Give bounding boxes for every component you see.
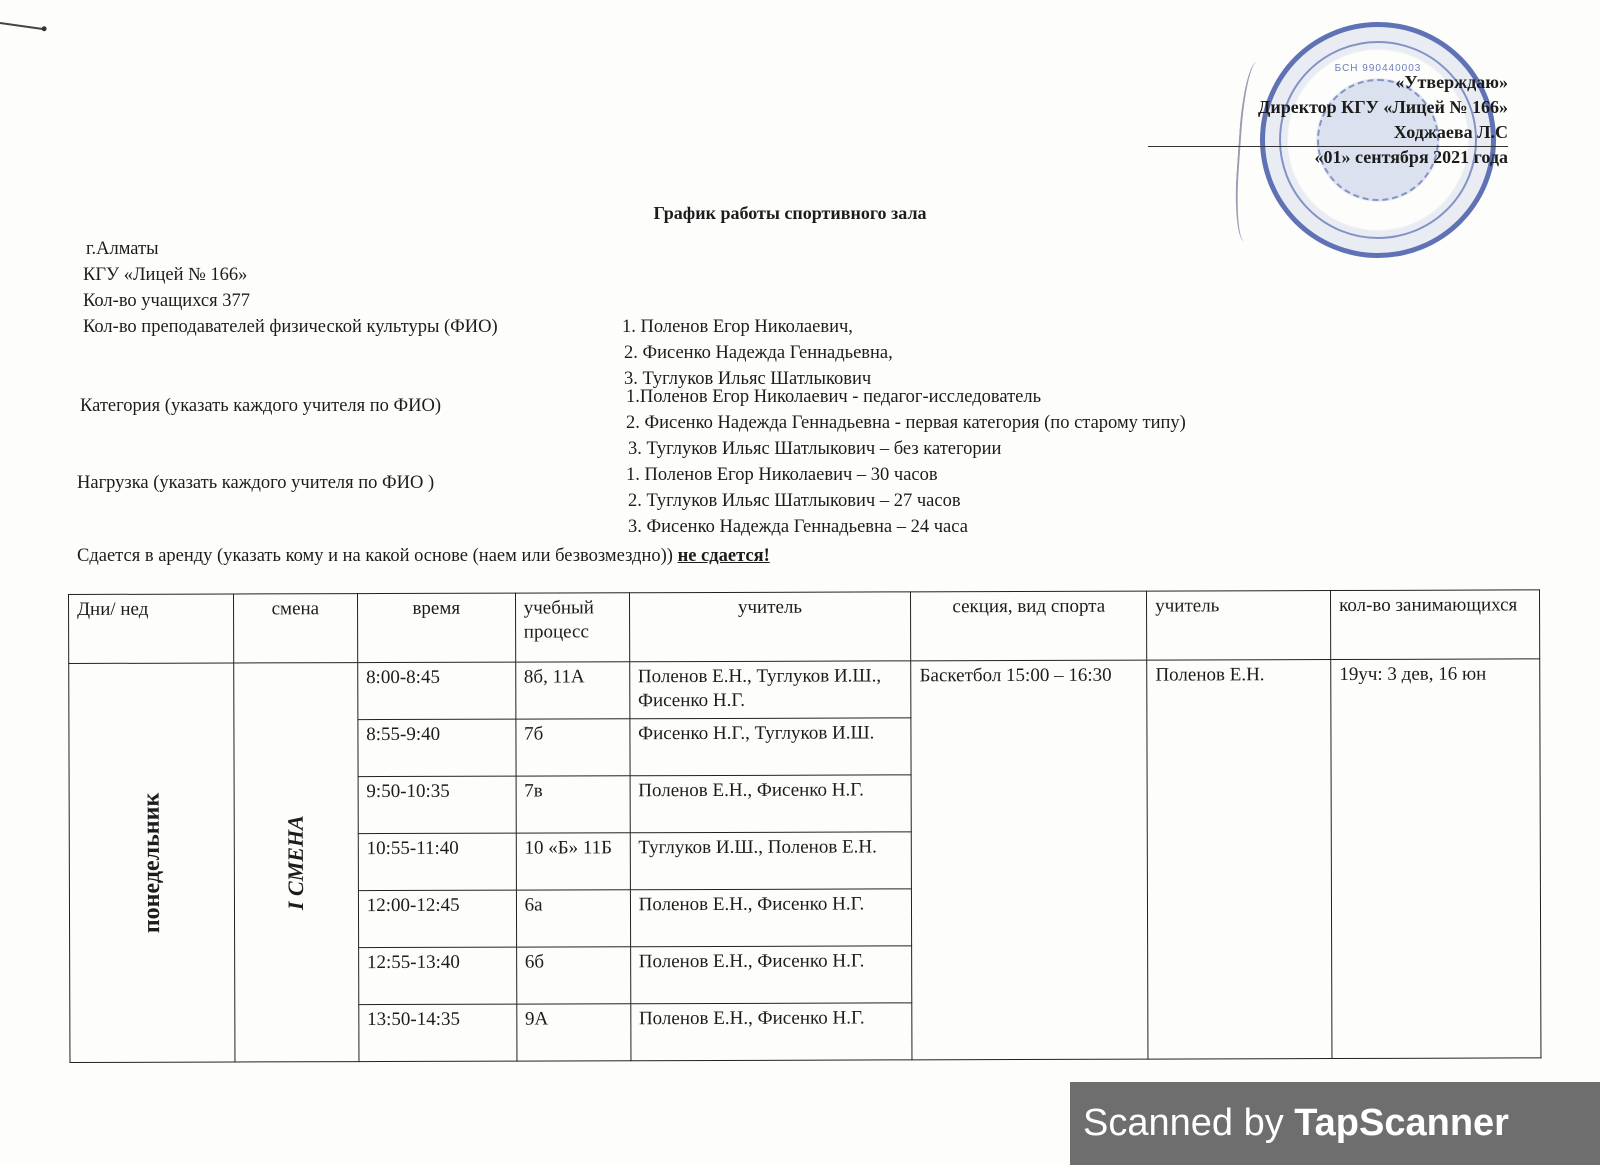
approval-line-3: Ходжаева Л.С	[1258, 120, 1508, 145]
time-cell: 8:55-9:40	[358, 719, 516, 776]
class-cell: 6б	[516, 947, 630, 1004]
section-cell: Баскетбол 15:00 – 16:30	[911, 660, 1148, 1060]
class-cell: 9А	[516, 1004, 630, 1061]
class-cell: 8б, 11А	[515, 662, 629, 719]
day-cell: понедельник	[69, 663, 235, 1063]
teacher-cell: Фисенко Н.Г., Туглуков И.Ш.	[630, 718, 912, 776]
category-label: Категория (указать каждого учителя по ФИ…	[80, 393, 441, 419]
load-item: 2. Туглуков Ильяс Шатлыкович – 27 часов	[628, 488, 961, 514]
section-teacher-cell: Поленов Е.Н.	[1147, 660, 1332, 1060]
teacher-cell: Поленов Е.Н., Фисенко Н.Г.	[630, 889, 912, 947]
approval-line-1: «Утверждаю»	[1258, 70, 1508, 95]
class-cell: 7б	[516, 719, 630, 776]
teachers-label: Кол-во преподавателей физической культур…	[83, 314, 498, 340]
organization: КГУ «Лицей № 166»	[83, 262, 247, 288]
day-label: понедельник	[140, 792, 164, 933]
table-header-row: Дни/ нед смена время учебный процесс учи…	[69, 590, 1540, 664]
category-item: 3. Туглуков Ильяс Шатлыкович – без катег…	[628, 436, 1001, 462]
header-days: Дни/ нед	[69, 594, 234, 664]
students-count: Кол-во учащихся 377	[83, 288, 250, 314]
teacher-cell: Поленов Е.Н., Фисенко Н.Г.	[630, 1003, 912, 1061]
schedule-table: Дни/ нед смена время учебный процесс учи…	[68, 589, 1541, 1063]
watermark-prefix: Scanned by	[1083, 1102, 1294, 1144]
approval-line-2: Директор КГУ «Лицей № 166»	[1258, 95, 1508, 120]
time-cell: 8:00-8:45	[357, 662, 515, 719]
rent-value: не сдается!	[678, 546, 770, 566]
rent-label: Сдается в аренду (указать кому и на како…	[77, 546, 673, 566]
participants-cell: 19уч: 3 дев, 16 юн	[1331, 659, 1541, 1059]
teacher-cell: Туглуков И.Ш., Поленов Е.Н.	[630, 832, 912, 890]
city: г.Алматы	[86, 236, 159, 262]
class-cell: 10 «Б» 11Б	[516, 833, 630, 890]
scanner-watermark: Scanned by TapScanner	[1070, 1082, 1600, 1165]
watermark-brand: TapScanner	[1294, 1102, 1509, 1144]
teacher-item: 2. Фисенко Надежда Геннадьевна,	[624, 340, 893, 366]
approval-line-4: «01» сентября 2021 года	[1258, 145, 1508, 170]
approval-block: «Утверждаю» Директор КГУ «Лицей № 166» Х…	[1258, 70, 1508, 170]
category-item: 2. Фисенко Надежда Геннадьевна - первая …	[626, 410, 1186, 436]
load-item: 3. Фисенко Надежда Геннадьевна – 24 часа	[628, 514, 968, 540]
table-row: понедельникI СМЕНА8:00-8:458б, 11АПолено…	[69, 659, 1540, 721]
class-cell: 6а	[516, 890, 630, 947]
time-cell: 10:55-11:40	[358, 833, 516, 890]
time-cell: 9:50-10:35	[358, 776, 516, 833]
header-time: время	[357, 593, 515, 662]
teacher-cell: Поленов Е.Н., Фисенко Н.Г.	[630, 775, 912, 833]
category-item: 1.Поленов Егор Николаевич - педагог-иссл…	[626, 384, 1041, 410]
class-cell: 7в	[516, 776, 630, 833]
time-cell: 13:50-14:35	[359, 1004, 517, 1061]
pen-mark	[0, 22, 44, 30]
header-process: учебный процесс	[515, 593, 629, 662]
teacher-cell: Поленов Е.Н., Туглуков И.Ш., Фисенко Н.Г…	[629, 661, 911, 719]
header-participants: кол-во занимающихся	[1331, 590, 1540, 660]
load-label: Нагрузка (указать каждого учителя по ФИО…	[77, 470, 434, 496]
shift-cell: I СМЕНА	[234, 663, 359, 1062]
teacher-item: 1. Поленов Егор Николаевич,	[622, 314, 853, 340]
time-cell: 12:55-13:40	[358, 947, 516, 1004]
document-title: График работы спортивного зала	[0, 203, 1580, 224]
header-shift: смена	[233, 594, 357, 663]
load-item: 1. Поленов Егор Николаевич – 30 часов	[626, 462, 938, 488]
header-teacher: учитель	[629, 592, 911, 662]
header-section: секция, вид спорта	[911, 591, 1147, 661]
header-section-teacher: учитель	[1147, 591, 1331, 661]
shift-label: I СМЕНА	[284, 815, 308, 910]
teacher-cell: Поленов Е.Н., Фисенко Н.Г.	[630, 946, 912, 1004]
rent-line: Сдается в аренду (указать кому и на како…	[77, 546, 770, 567]
time-cell: 12:00-12:45	[358, 890, 516, 947]
